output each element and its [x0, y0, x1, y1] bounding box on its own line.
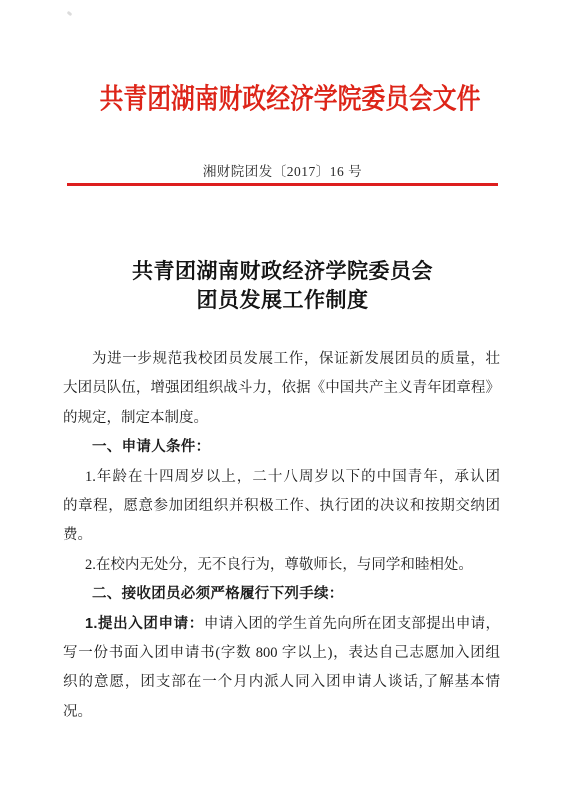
document-title-line1: 共青团湖南财政经济学院委员会 — [0, 257, 565, 286]
body-line: 1.年龄在十四周岁以上，二十八周岁以下的中国青年，承认团 — [63, 463, 500, 492]
body-line: 的章程，愿意参加团组织并积极工作、执行团的决议和按期交纳团 — [63, 492, 500, 521]
body-line: 费。 — [63, 521, 500, 550]
letterhead: 共青团湖南财政经济学院委员会文件 — [0, 84, 565, 116]
body-line: 大团员队伍，增强团组织战斗力，依据《中国共产主义青年团章程》 — [63, 374, 500, 403]
body-paragraphs: 为进一步规范我校团员发展工作，保证新发展团员的质量，壮大团员队伍，增强团组织战斗… — [63, 345, 500, 727]
body-line: 1.提出入团申请：申请入团的学生首先向所在团支部提出申请， — [63, 610, 500, 639]
body-line-bold-prefix: 1.提出入团申请： — [85, 616, 204, 632]
red-separator-line — [67, 183, 498, 186]
document-title: 共青团湖南财政经济学院委员会 团员发展工作制度 — [0, 257, 565, 315]
body-line: 织的意愿，团支部在一个月内派人同入团申请人谈话,了解基本情 — [63, 668, 500, 697]
body-line: 况。 — [63, 698, 500, 727]
body-line: 为进一步规范我校团员发展工作，保证新发展团员的质量，壮 — [63, 345, 500, 374]
body-line: 2.在校内无处分，无不良行为，尊敬师长，与同学和睦相处。 — [63, 551, 500, 580]
body-line: 一、申请人条件： — [63, 433, 500, 462]
body-line: 写一份书面入团申请书(字数 800 字以上)，表达自己志愿加入团组 — [63, 639, 500, 668]
document-page: 共青团湖南财政经济学院委员会文件 湘财院团发〔2017〕16 号 共青团湖南财政… — [0, 0, 565, 800]
body-line: 的规定，制定本制度。 — [63, 404, 500, 433]
letterhead-title: 共青团湖南财政经济学院委员会文件 — [100, 84, 481, 116]
document-number: 湘财院团发〔2017〕16 号 — [0, 163, 565, 180]
document-title-line2: 团员发展工作制度 — [0, 286, 565, 315]
body-line: 二、接收团员必须严格履行下列手续： — [63, 580, 500, 609]
scan-artifact — [67, 11, 73, 17]
